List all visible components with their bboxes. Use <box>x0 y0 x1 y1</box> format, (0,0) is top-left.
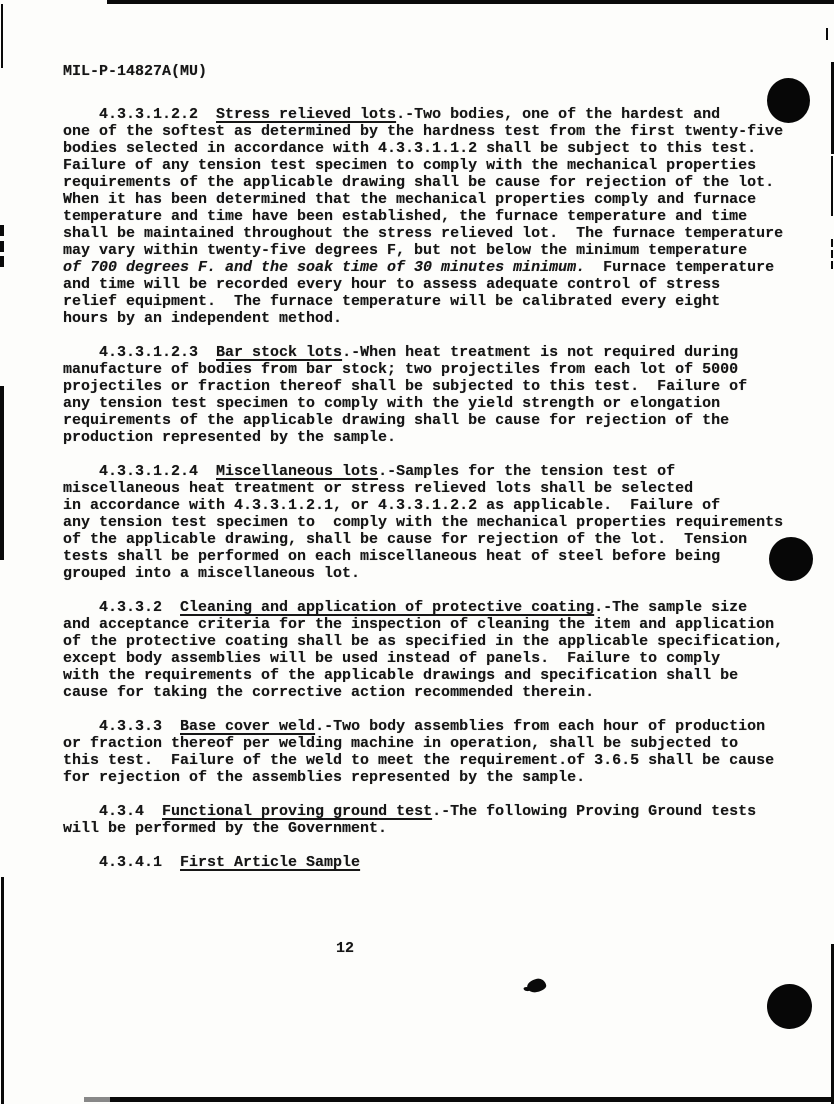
text-line: 4.3.3.1.2.3 Bar stock lots.-When heat tr… <box>63 344 808 361</box>
body-text: bodies selected in accordance with 4.3.3… <box>63 140 756 157</box>
text-line: for rejection of the assemblies represen… <box>63 769 808 786</box>
paragraph: 4.3.3.2 Cleaning and application of prot… <box>63 599 808 701</box>
body-text: except body assemblies will be used inst… <box>63 650 720 667</box>
text-line: any tension test specimen to comply with… <box>63 514 808 531</box>
scanned-document-page: MIL-P-14827A(MU) 4.3.3.1.2.2 Stress reli… <box>0 0 834 1104</box>
body-text: .-Samples for the tension test of <box>378 463 675 480</box>
text-line: Failure of any tension test specimen to … <box>63 157 808 174</box>
scan-edge-mark-left <box>0 225 4 236</box>
text-line: grouped into a miscellaneous lot. <box>63 565 808 582</box>
text-line: 4.3.4.1 First Article Sample <box>63 854 808 871</box>
italic-text: of 700 degrees F. and the soak time of 3… <box>63 259 585 276</box>
scan-edge-line-top <box>107 0 834 4</box>
body-text: any tension test specimen to comply with… <box>63 395 720 412</box>
body-text: .-Two bodies, one of the hardest and <box>396 106 720 123</box>
body-text: and time will be recorded every hour to … <box>63 276 720 293</box>
text-line: When it has been determined that the mec… <box>63 191 808 208</box>
body-text: Failure of any tension test specimen to … <box>63 157 756 174</box>
text-line: miscellaneous heat treatment or stress r… <box>63 480 808 497</box>
text-line: with the requirements of the applicable … <box>63 667 808 684</box>
body-text: shall be maintained throughout the stres… <box>63 225 783 242</box>
text-line: bodies selected in accordance with 4.3.3… <box>63 140 808 157</box>
body-text: may vary within twenty-five degrees F, b… <box>63 242 747 259</box>
text-line: and time will be recorded every hour to … <box>63 276 808 293</box>
body-text: 4.3.3.2 <box>63 599 180 616</box>
body-text: projectiles or fraction thereof shall be… <box>63 378 747 395</box>
punch-hole-dot-top <box>767 78 810 123</box>
scan-edge-mark-right <box>831 239 833 247</box>
text-line: 4.3.3.1.2.2 Stress relieved lots.-Two bo… <box>63 106 808 123</box>
section-title: Cleaning and application of protective c… <box>180 599 594 616</box>
body-text: grouped into a miscellaneous lot. <box>63 565 360 582</box>
body-text: production represented by the sample. <box>63 429 396 446</box>
text-line: 4.3.3.2 Cleaning and application of prot… <box>63 599 808 616</box>
text-line: relief equipment. The furnace temperatur… <box>63 293 808 310</box>
body-text: Furnace temperature <box>585 259 774 276</box>
text-body: 4.3.3.1.2.2 Stress relieved lots.-Two bo… <box>63 106 808 871</box>
scan-edge-line-bottom <box>84 1097 834 1102</box>
text-line: cause for taking the corrective action r… <box>63 684 808 701</box>
text-line: will be performed by the Government. <box>63 820 808 837</box>
body-text: tests shall be performed on each miscell… <box>63 548 720 565</box>
body-text: temperature and time have been establish… <box>63 208 747 225</box>
text-line: 4.3.3.3 Base cover weld.-Two body assemb… <box>63 718 808 735</box>
body-text: cause for taking the corrective action r… <box>63 684 594 701</box>
body-text: hours by an independent method. <box>63 310 342 327</box>
body-text: 4.3.4.1 <box>63 854 180 871</box>
body-text: 4.3.3.1.2.3 <box>63 344 216 361</box>
paragraph: 4.3.3.1.2.2 Stress relieved lots.-Two bo… <box>63 106 808 327</box>
text-line: of the applicable drawing, shall be caus… <box>63 531 808 548</box>
section-title: Bar stock lots <box>216 344 342 361</box>
text-line: tests shall be performed on each miscell… <box>63 548 808 565</box>
document-body: MIL-P-14827A(MU) 4.3.3.1.2.2 Stress reli… <box>63 63 808 888</box>
section-title: First Article Sample <box>180 854 360 871</box>
scan-edge-mark-left <box>0 386 4 560</box>
text-line: requirements of the applicable drawing s… <box>63 412 808 429</box>
body-text: .-The following Proving Ground tests <box>432 803 756 820</box>
scan-edge-mark-left <box>0 241 4 252</box>
section-title: Functional proving ground test <box>162 803 432 820</box>
paragraph: 4.3.3.1.2.3 Bar stock lots.-When heat tr… <box>63 344 808 446</box>
scan-edge-mark-right <box>831 250 833 258</box>
body-text: of the protective coating shall be as sp… <box>63 633 783 650</box>
body-text: with the requirements of the applicable … <box>63 667 738 684</box>
body-text: manufacture of bodies from bar stock; tw… <box>63 361 738 378</box>
text-line: this test. Failure of the weld to meet t… <box>63 752 808 769</box>
document-id-header: MIL-P-14827A(MU) <box>63 63 808 80</box>
body-text: .-When heat treatment is not required du… <box>342 344 738 361</box>
text-line: of 700 degrees F. and the soak time of 3… <box>63 259 808 276</box>
scan-speck <box>826 28 828 40</box>
body-text: 4.3.4 <box>63 803 162 820</box>
body-text: in accordance with 4.3.3.1.2.1, or 4.3.3… <box>63 497 720 514</box>
text-line: except body assemblies will be used inst… <box>63 650 808 667</box>
scan-edge-mark-left <box>0 256 4 267</box>
section-title: Miscellaneous lots <box>216 463 378 480</box>
text-line: and acceptance criteria for the inspecti… <box>63 616 808 633</box>
body-text: this test. Failure of the weld to meet t… <box>63 752 774 769</box>
paragraph: 4.3.4 Functional proving ground test.-Th… <box>63 803 808 837</box>
paragraph: 4.3.4.1 First Article Sample <box>63 854 808 871</box>
body-text: requirements of the applicable drawing s… <box>63 174 774 191</box>
text-line: hours by an independent method. <box>63 310 808 327</box>
body-text: of the applicable drawing, shall be caus… <box>63 531 747 548</box>
page-number: 12 <box>336 940 354 957</box>
body-text: requirements of the applicable drawing s… <box>63 412 729 429</box>
paragraph: 4.3.3.1.2.4 Miscellaneous lots.-Samples … <box>63 463 808 582</box>
body-text: any tension test specimen to comply with… <box>63 514 783 531</box>
text-line: of the protective coating shall be as sp… <box>63 633 808 650</box>
body-text: for rejection of the assemblies represen… <box>63 769 585 786</box>
text-line: one of the softest as determined by the … <box>63 123 808 140</box>
punch-hole-dot-bottom <box>767 984 812 1029</box>
paragraph: 4.3.3.3 Base cover weld.-Two body assemb… <box>63 718 808 786</box>
text-line: 4.3.4 Functional proving ground test.-Th… <box>63 803 808 820</box>
body-text: .-The sample size <box>594 599 747 616</box>
body-text: 4.3.3.1.2.2 <box>63 106 216 123</box>
body-text: When it has been determined that the mec… <box>63 191 756 208</box>
body-text: 4.3.3.1.2.4 <box>63 463 216 480</box>
text-line: 4.3.3.1.2.4 Miscellaneous lots.-Samples … <box>63 463 808 480</box>
text-line: in accordance with 4.3.3.1.2.1, or 4.3.3… <box>63 497 808 514</box>
text-line: may vary within twenty-five degrees F, b… <box>63 242 808 259</box>
text-line: or fraction thereof per welding machine … <box>63 735 808 752</box>
text-line: shall be maintained throughout the stres… <box>63 225 808 242</box>
text-line: requirements of the applicable drawing s… <box>63 174 808 191</box>
body-text: will be performed by the Government. <box>63 820 387 837</box>
body-text: or fraction thereof per welding machine … <box>63 735 738 752</box>
ink-blot <box>526 977 547 994</box>
section-title: Stress relieved lots <box>216 106 396 123</box>
text-line: manufacture of bodies from bar stock; tw… <box>63 361 808 378</box>
body-text: relief equipment. The furnace temperatur… <box>63 293 720 310</box>
scan-edge-mark-left <box>1 4 3 68</box>
body-text: and acceptance criteria for the inspecti… <box>63 616 774 633</box>
scan-edge-mark-left <box>1 877 4 1104</box>
body-text: .-Two body assemblies from each hour of … <box>315 718 765 735</box>
section-title: Base cover weld <box>180 718 315 735</box>
body-text: 4.3.3.3 <box>63 718 180 735</box>
text-line: projectiles or fraction thereof shall be… <box>63 378 808 395</box>
body-text: one of the softest as determined by the … <box>63 123 783 140</box>
text-line: temperature and time have been establish… <box>63 208 808 225</box>
scan-edge-mark-right <box>831 156 833 216</box>
text-line: any tension test specimen to comply with… <box>63 395 808 412</box>
scan-edge-mark-right <box>831 261 833 269</box>
body-text: miscellaneous heat treatment or stress r… <box>63 480 693 497</box>
punch-hole-dot-middle <box>769 537 813 581</box>
text-line: production represented by the sample. <box>63 429 808 446</box>
